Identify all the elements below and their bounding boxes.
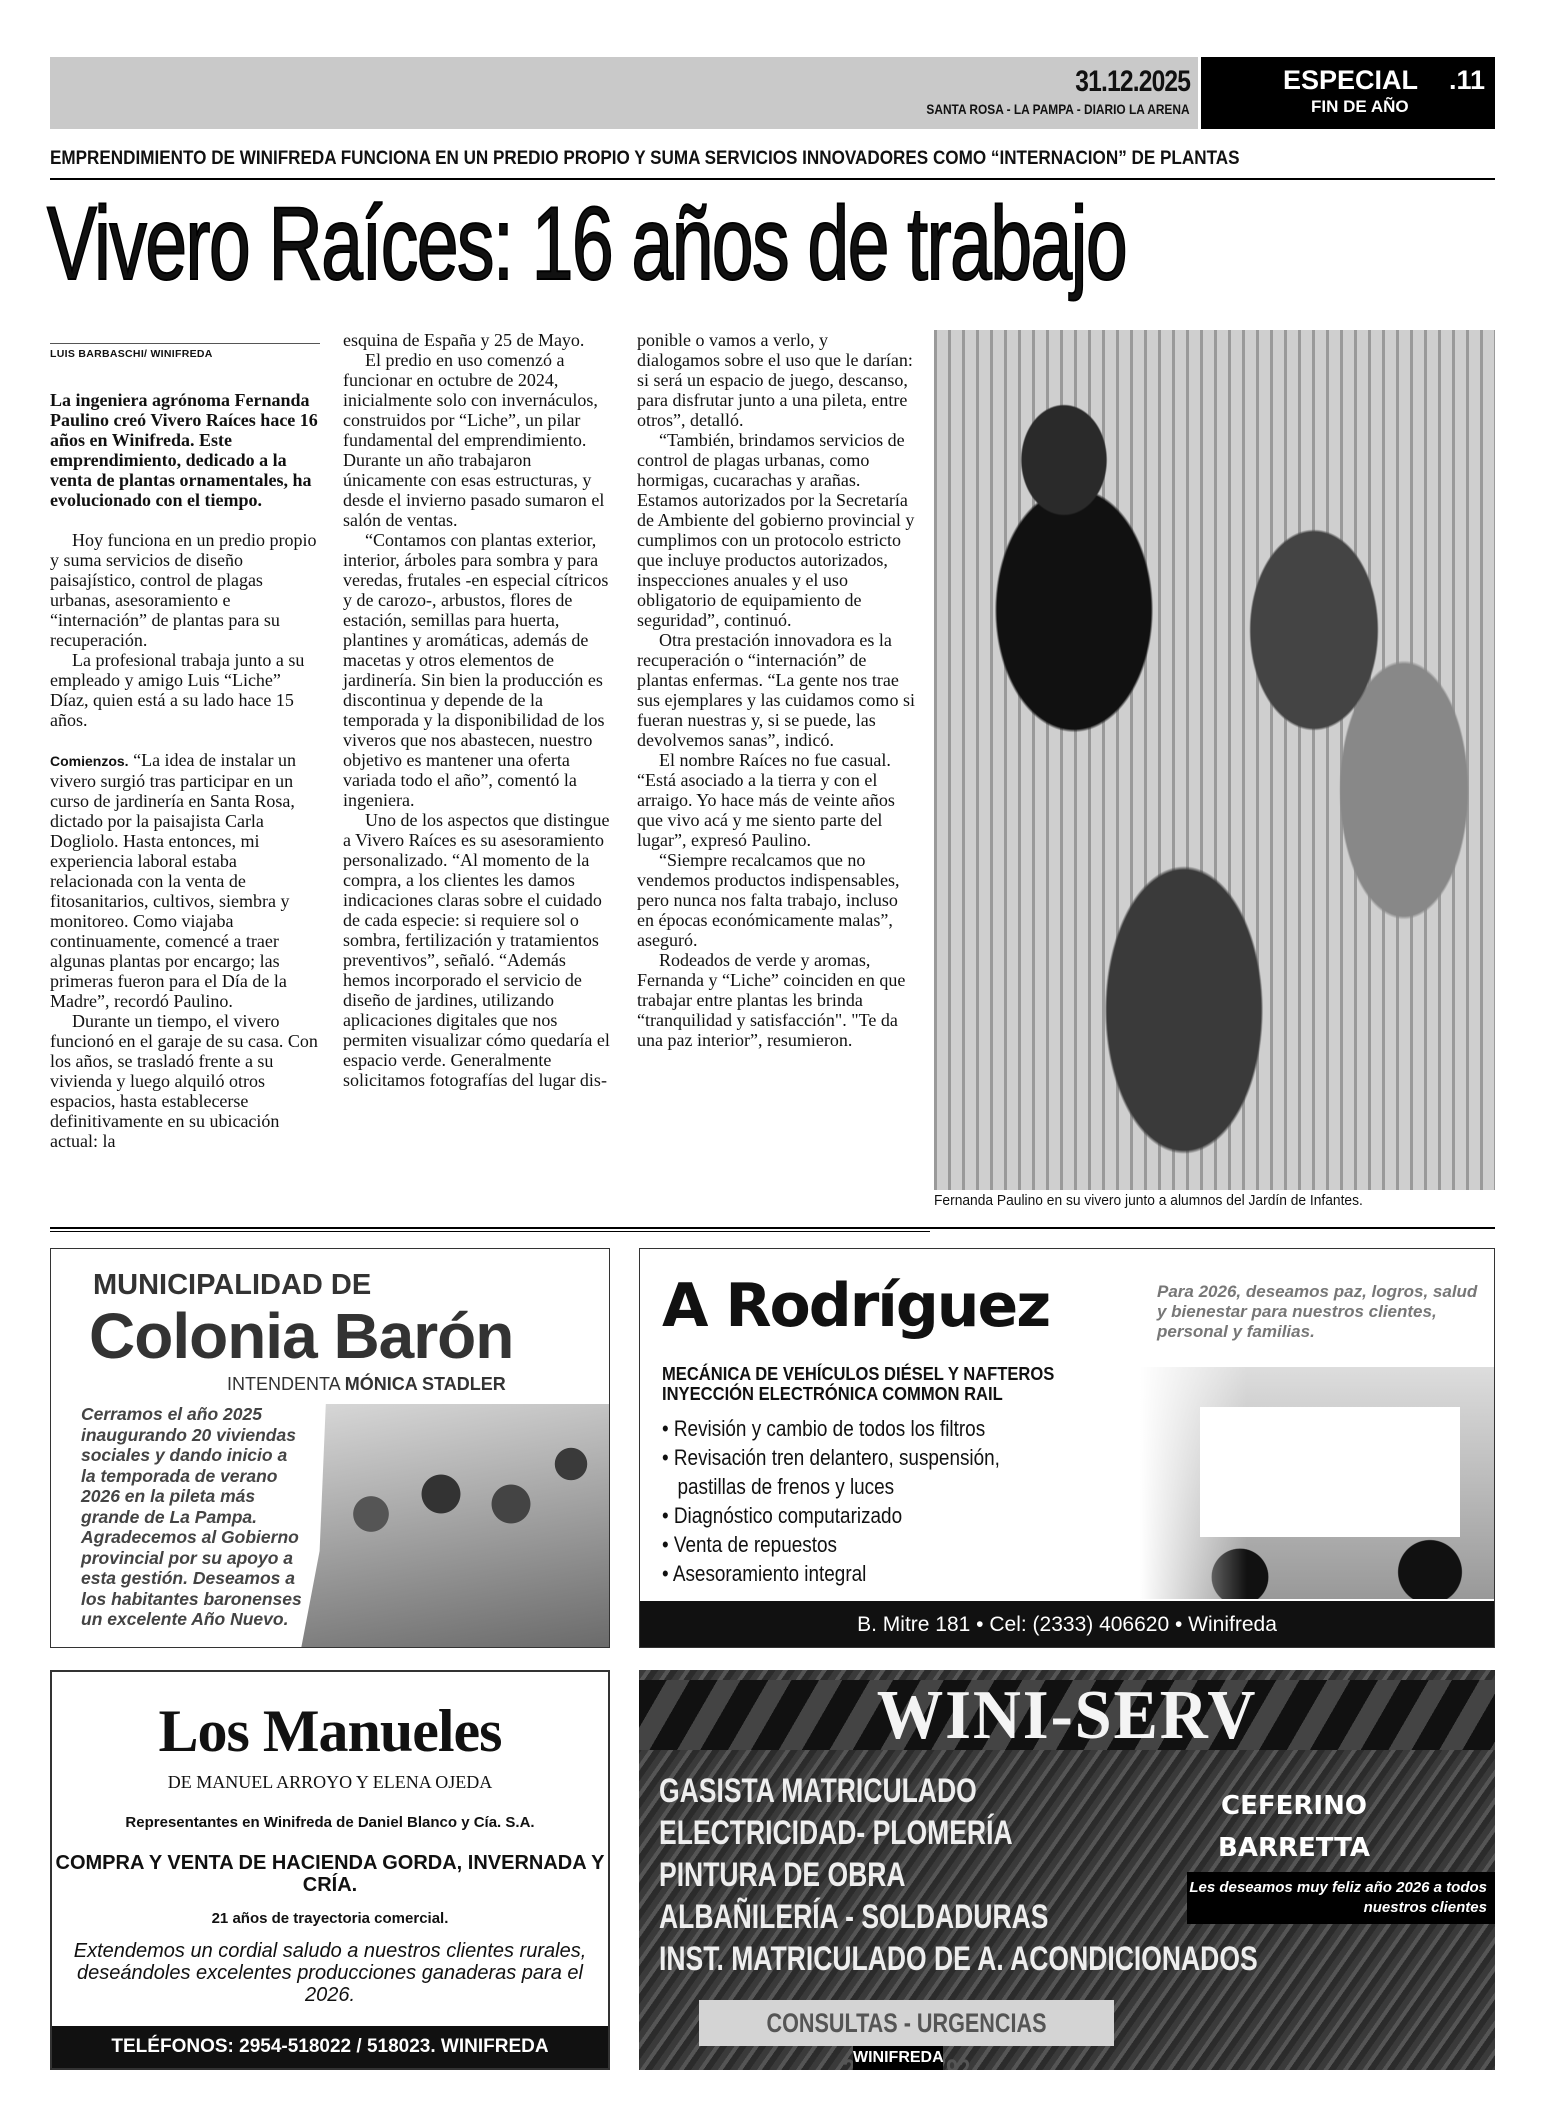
- paragraph: Rodeados de verde y aromas, Fernanda y “…: [637, 950, 915, 1050]
- divider: [50, 178, 1495, 180]
- page-number: .11: [1449, 65, 1485, 96]
- divider: [50, 343, 320, 344]
- ad-title: WINI-SERV: [660, 1676, 1473, 1756]
- paragraph: ponible o vamos a verlo, y dialogamos so…: [637, 330, 915, 430]
- ad-footer: B. Mitre 181 • Cel: (2333) 406620 • Wini…: [640, 1601, 1494, 1648]
- ad-title: Colonia Barón: [89, 1299, 513, 1373]
- paragraph: La profesional trabaja junto a su emplea…: [50, 650, 320, 730]
- article-lead: La ingeniera agrónoma Fernanda Paulino c…: [50, 390, 320, 510]
- ad-rodriguez: A Rodríguez Para 2026, deseamos paz, log…: [639, 1248, 1495, 1648]
- ad-colonia-baron: MUNICIPALIDAD DE Colonia Barón INTENDENT…: [50, 1248, 610, 1648]
- paragraph: El predio en uso comenzó a funcionar en …: [343, 350, 615, 530]
- article-kicker: EMPRENDIMIENTO DE WINIFREDA FUNCIONA EN …: [50, 148, 1240, 170]
- paragraph: “También, brindamos servicios de control…: [637, 430, 915, 630]
- paragraph: esquina de España y 25 de Mayo.: [343, 330, 615, 350]
- list-item: PINTURA DE OBRA: [659, 1854, 1258, 1896]
- ad-los-manueles: Los Manueles DE MANUEL ARROYO Y ELENA OJ…: [50, 1670, 610, 2070]
- ad-wini-serv: WINI-SERV GASISTA MATRICULADO ELECTRICID…: [639, 1670, 1495, 2070]
- paragraph: Hoy funciona en un predio propio y suma …: [50, 530, 320, 650]
- service-list: GASISTA MATRICULADO ELECTRICIDAD- PLOMER…: [659, 1770, 1258, 1980]
- truck-photo: [1140, 1367, 1495, 1599]
- ad-tagline: MECÁNICA DE VEHÍCULOS DIÉSEL Y NAFTEROS …: [662, 1364, 1054, 1404]
- paragraph: “Siempre recalcamos que no vendemos prod…: [637, 850, 915, 950]
- list-item: INST. MATRICULADO DE A. ACONDICIONADOS: [659, 1938, 1258, 1980]
- ad-contact: CONSULTAS - URGENCIAS 2302-483792: [699, 2000, 1114, 2046]
- ad-owners: DE MANUEL ARROYO Y ELENA OJEDA: [52, 1772, 608, 1793]
- ad-title: Los Manueles: [52, 1697, 608, 1766]
- ad-body: Cerramos el año 2025 inaugurando 20 vivi…: [81, 1404, 306, 1630]
- ad-business: COMPRA Y VENTA DE HACIENDA GORDA, INVERN…: [52, 1852, 608, 1896]
- paragraph: “Contamos con plantas exterior, interior…: [343, 530, 615, 810]
- list-item: Venta de repuestos: [662, 1530, 1006, 1559]
- paragraph: Otra prestación innovadora es la recuper…: [637, 630, 915, 750]
- paragraph: El nombre Raíces no fue casual. “Está as…: [637, 750, 915, 850]
- subhead: Comienzos.: [50, 753, 129, 769]
- ad-greeting: Extendemos un cordial saludo a nuestros …: [52, 1940, 608, 2006]
- section-name: ESPECIAL: [1283, 65, 1418, 96]
- divider: [50, 1231, 930, 1232]
- list-item: ALBAÑILERÍA - SOLDADURAS: [659, 1896, 1258, 1938]
- list-item: Asesoramiento integral: [662, 1559, 1006, 1588]
- list-item: Revisación tren delantero, suspensión, p…: [662, 1443, 1006, 1501]
- article-column-1: La ingeniera agrónoma Fernanda Paulino c…: [50, 390, 320, 1151]
- ad-subtitle: INTENDENTA MÓNICA STADLER: [227, 1374, 506, 1395]
- issue-date: 31.12.2025: [1075, 65, 1190, 99]
- paragraph: Uno de los aspectos que distingue a Vive…: [343, 810, 615, 1090]
- subsection-name: FIN DE AÑO: [1311, 97, 1409, 117]
- publication-location: SANTA ROSA - LA PAMPA - DIARIO LA ARENA: [927, 101, 1190, 117]
- article-byline: LUIS BARBASCHI/ WINIFREDA: [50, 348, 213, 360]
- ad-representation: Representantes en Winifreda de Daniel Bl…: [52, 1814, 608, 1831]
- ad-title: A Rodríguez: [662, 1271, 1049, 1341]
- ad-footer: TELÉFONOS: 2954-518022 / 518023. WINIFRE…: [52, 2026, 608, 2068]
- photo-caption: Fernanda Paulino en su vivero junto a al…: [934, 1192, 1363, 1209]
- article-photo: [934, 330, 1495, 1190]
- article-headline: Vivero Raíces: 16 años de trabajo: [47, 192, 1126, 296]
- article-column-3: ponible o vamos a verlo, y dialogamos so…: [637, 330, 915, 1050]
- ad-greeting: Para 2026, deseamos paz, logros, salud y…: [1157, 1282, 1487, 1342]
- service-list: Revisión y cambio de todos los filtros R…: [662, 1414, 1006, 1588]
- ad-town: WINIFREDA: [853, 2046, 943, 2070]
- section-badge: ESPECIAL .11 FIN DE AÑO: [1201, 57, 1495, 129]
- article-column-2: esquina de España y 25 de Mayo. El predi…: [343, 330, 615, 1090]
- list-item: Revisión y cambio de todos los filtros: [662, 1414, 1006, 1443]
- divider: [50, 1227, 1495, 1229]
- list-item: ELECTRICIDAD- PLOMERÍA: [659, 1812, 1258, 1854]
- ad-trajectory: 21 años de trayectoria comercial.: [52, 1910, 608, 1927]
- ad-photo: [301, 1404, 610, 1648]
- paragraph: Comienzos. “La idea de instalar un viver…: [50, 750, 320, 1011]
- header-bar: 31.12.2025 SANTA ROSA - LA PAMPA - DIARI…: [50, 57, 1198, 129]
- paragraph: Durante un tiempo, el vivero funcionó en…: [50, 1011, 320, 1151]
- ad-owner-name: CEFERINO BARRETTA: [1184, 1785, 1404, 1869]
- ad-greeting: Les deseamos muy feliz año 2026 a todos …: [1187, 1872, 1495, 1924]
- ad-heading: MUNICIPALIDAD DE: [93, 1269, 371, 1302]
- list-item: GASISTA MATRICULADO: [659, 1770, 1258, 1812]
- list-item: Diagnóstico computarizado: [662, 1501, 1006, 1530]
